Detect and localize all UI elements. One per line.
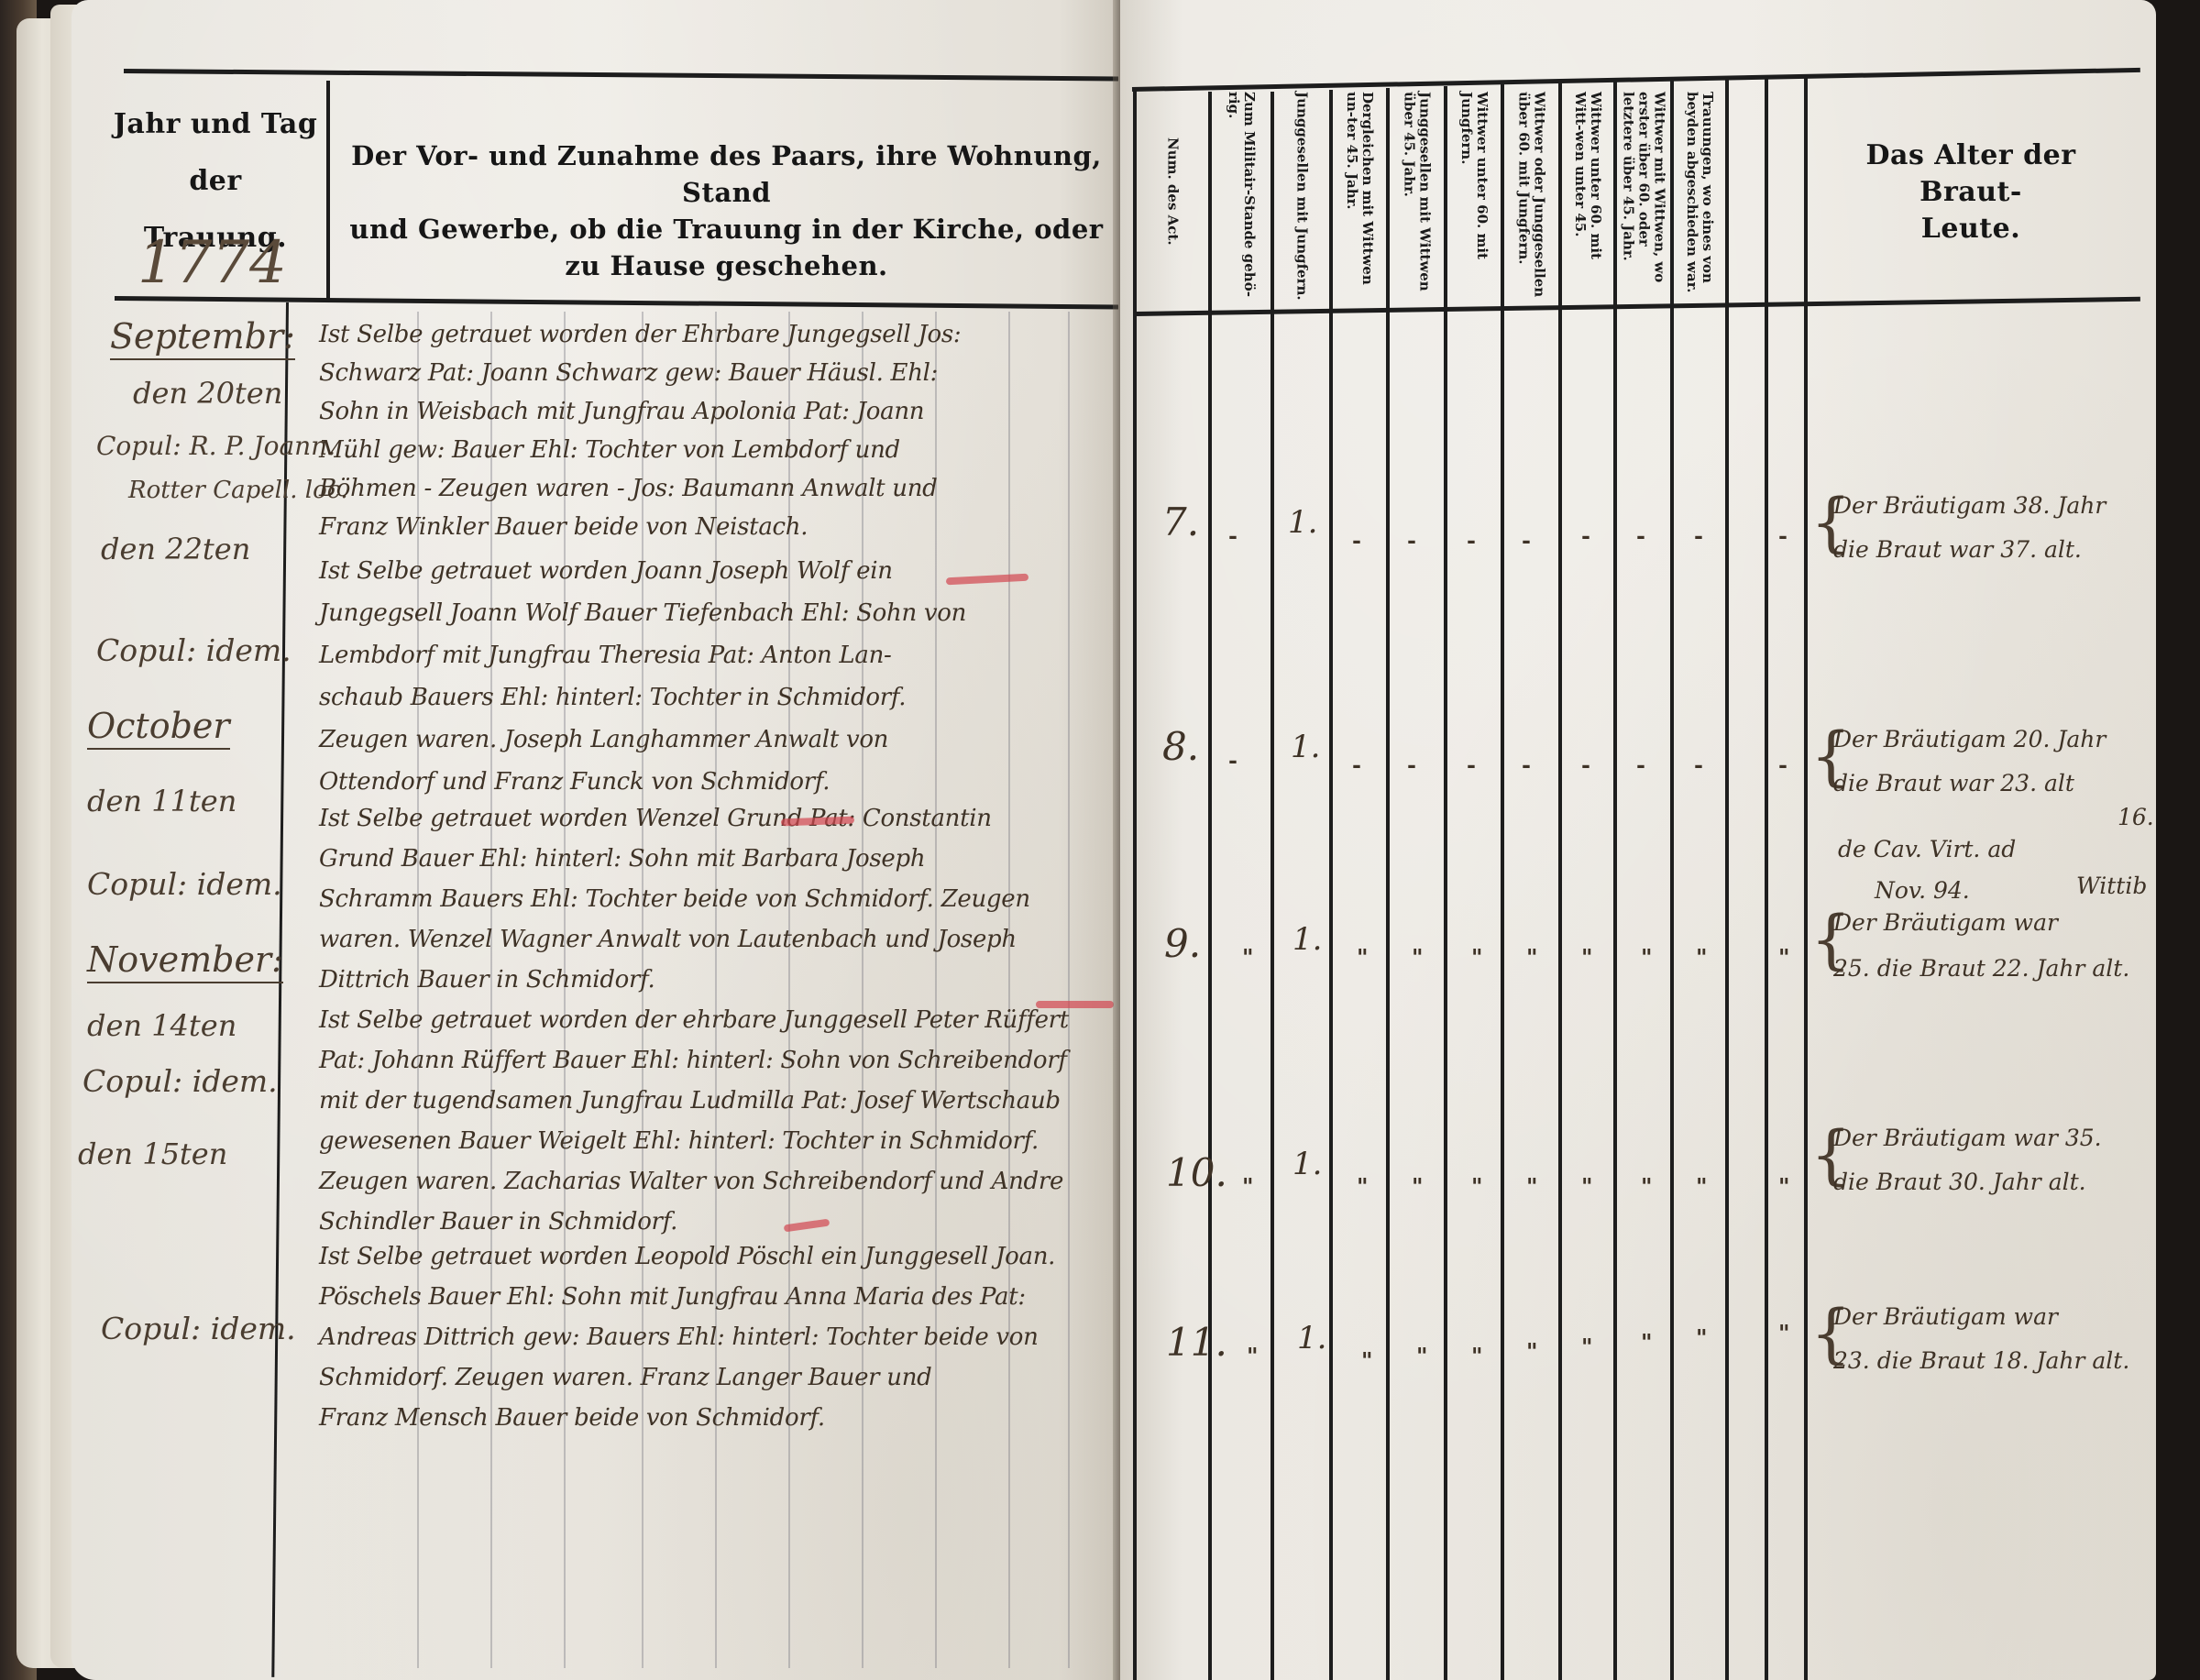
day-label: den 15ten — [78, 1136, 227, 1171]
column-header-num: Num. des Act. — [1137, 137, 1208, 348]
day-label: den 11ten — [87, 784, 236, 818]
column-header-widower-widow: Wittwer unter 60. mit Witt-wen unter 45. — [1562, 92, 1613, 302]
day-label: den 20ten — [133, 376, 282, 411]
copulator-label: Copul: idem. — [101, 1311, 296, 1346]
copulator-label: Copul: idem. — [82, 1063, 278, 1099]
red-pencil-mark — [1036, 1001, 1114, 1008]
month-label: Septembr: — [110, 316, 295, 360]
column-header-divorced: Trauungen, wo eines von beyden abgeschie… — [1674, 92, 1725, 302]
column-header-military: Zum Militair-Stande gehö-rig. — [1212, 92, 1270, 302]
column-header-bachelor-maiden: Junggesellen mit Jungfern. — [1274, 92, 1329, 302]
copulator-label: Copul: R. P. Joann. — [96, 431, 335, 461]
column-header-widower-under60-maiden: Wittwer unter 60. mit Jungfern. — [1447, 92, 1501, 302]
column-header-bachelor-widow-under45: Dergleichen mit Wittwen un-ter 45. Jahr. — [1333, 92, 1386, 302]
header-names-column: Der Vor- und Zunahme des Paars, ihre Woh… — [335, 137, 1118, 284]
column-header-widower-widow-over: Wittwer mit Wittwen, wo erster über 60. … — [1617, 92, 1670, 302]
header-age-column: Das Alter der Braut- Leute. — [1810, 137, 2131, 247]
day-label: den 14ten — [87, 1008, 236, 1043]
month-label: November: — [87, 939, 283, 983]
column-header-over60-maiden: Wittwer oder Junggesellen über 60. mit J… — [1504, 92, 1558, 302]
date-column-divider — [326, 81, 330, 301]
copulator-label: Rotter Capell. loc. — [128, 477, 348, 504]
copulator-label: Copul: idem. — [87, 866, 282, 902]
month-label: October — [87, 706, 230, 750]
column-header-bachelor-widow-over45: Junggesellen mit Wittwen über 45. Jahr. — [1390, 92, 1444, 302]
day-label: den 22ten — [101, 532, 250, 566]
copulator-label: Copul: idem. — [96, 632, 291, 668]
register-year: 1774 — [137, 229, 287, 297]
book-cover-right — [2154, 0, 2200, 1680]
